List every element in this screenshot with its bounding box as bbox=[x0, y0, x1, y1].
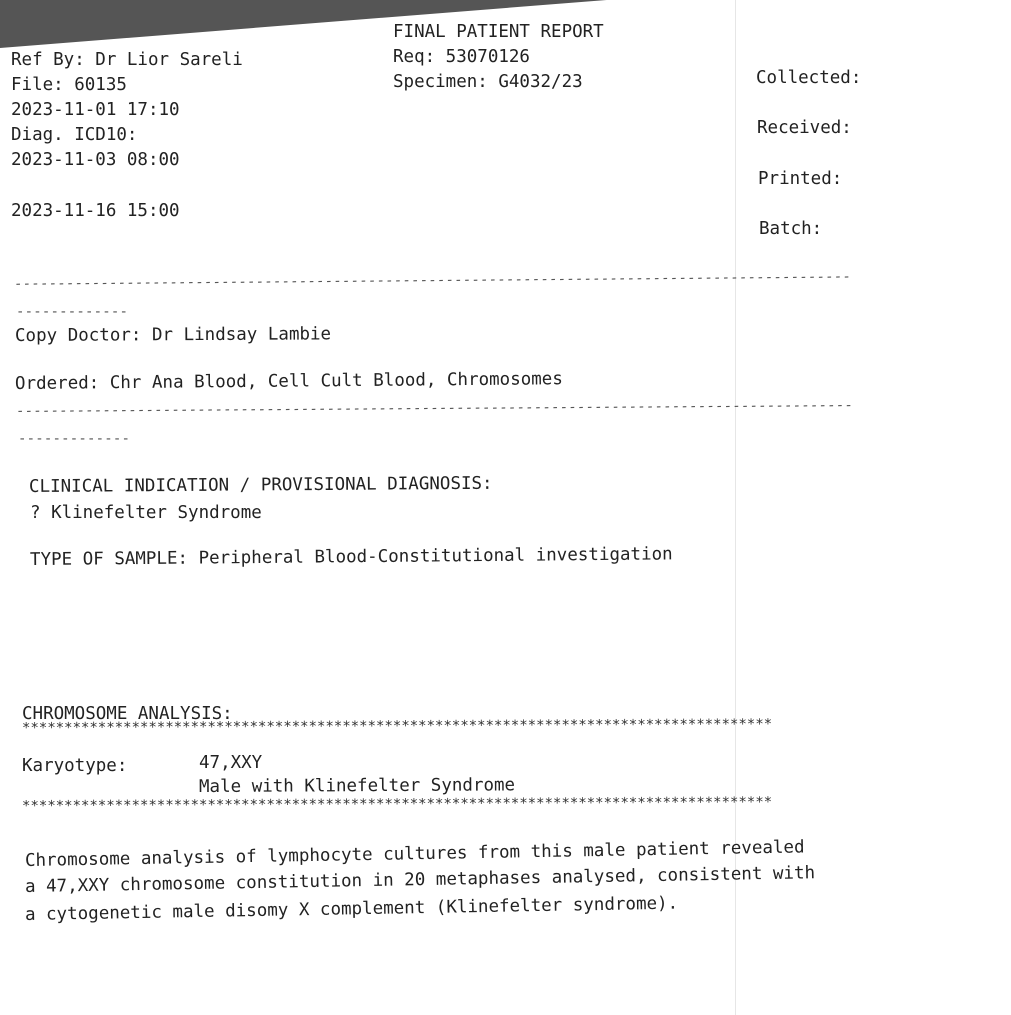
collected-label: Collected: bbox=[756, 70, 861, 88]
diagnosis-icd10: Diag. ICD10: bbox=[11, 127, 137, 145]
report-title: FINAL PATIENT REPORT bbox=[393, 24, 604, 42]
separator-line: ----------------------------------------… bbox=[16, 397, 948, 420]
separator-line: ----------------------------------------… bbox=[14, 268, 946, 292]
star-separator: ****************************************… bbox=[22, 794, 944, 815]
summary-line: a cytogenetic male disomy X complement (… bbox=[25, 896, 678, 925]
ordered-tests: Ordered: Chr Ana Blood, Cell Cult Blood,… bbox=[15, 371, 563, 393]
karyotype-label: Karyotype: bbox=[22, 758, 127, 776]
received-label: Received: bbox=[757, 120, 852, 138]
copy-doctor: Copy Doctor: Dr Lindsay Lambie bbox=[15, 326, 331, 345]
star-separator: ****************************************… bbox=[22, 716, 944, 737]
clinical-indication-heading: CLINICAL INDICATION / PROVISIONAL DIAGNO… bbox=[29, 476, 493, 497]
separator-line-tail: ------------- bbox=[16, 304, 128, 320]
batch-label: Batch: bbox=[759, 221, 822, 239]
specimen-number: Specimen: G4032/23 bbox=[393, 74, 583, 92]
printed-date: 2023-11-16 15:00 bbox=[11, 203, 180, 221]
clinical-indication-value: ? Klinefelter Syndrome bbox=[30, 505, 262, 523]
karyotype-description: Male with Klinefelter Syndrome bbox=[199, 777, 515, 796]
referring-doctor: Ref By: Dr Lior Sareli bbox=[11, 52, 243, 70]
received-date: 2023-11-03 08:00 bbox=[11, 152, 180, 170]
request-number: Req: 53070126 bbox=[393, 49, 530, 67]
collected-date: 2023-11-01 17:10 bbox=[11, 102, 180, 120]
separator-line-tail: ------------- bbox=[18, 431, 130, 447]
file-number: File: 60135 bbox=[11, 77, 127, 95]
printed-label: Printed: bbox=[758, 171, 842, 189]
karyotype-value: 47,XXY bbox=[199, 755, 262, 773]
paper-fold-line bbox=[735, 0, 736, 1015]
sample-type: TYPE OF SAMPLE: Peripheral Blood-Constit… bbox=[30, 546, 673, 569]
summary-line: a 47,XXY chromosome constitution in 20 m… bbox=[25, 865, 815, 896]
